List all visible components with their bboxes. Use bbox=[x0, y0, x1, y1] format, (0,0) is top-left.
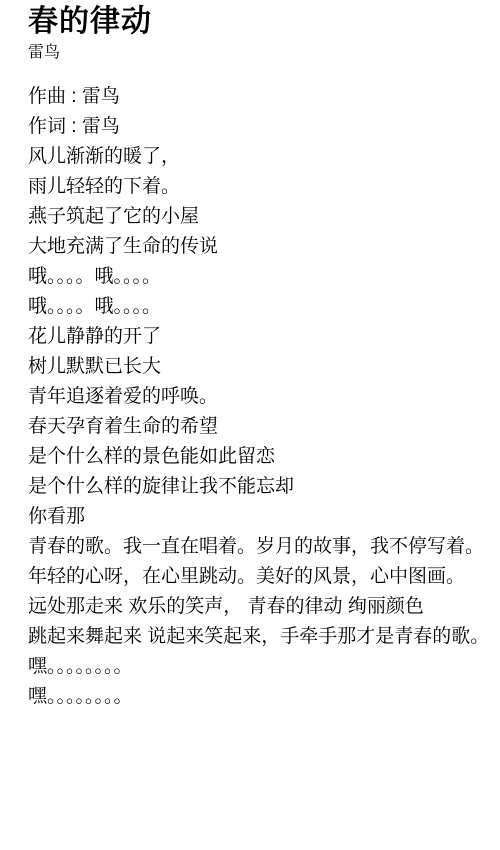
lyric-line: 风儿渐渐的暖了， bbox=[28, 142, 500, 172]
lyric-line: 雨儿轻轻的下着。 bbox=[28, 172, 500, 202]
artist-name: 雷鸟 bbox=[28, 42, 500, 64]
lyric-line: 哦。。。。哦。。。。 bbox=[28, 262, 500, 292]
lyric-line: 哦。。。。哦。。。。 bbox=[28, 292, 500, 322]
lyric-line: 嘿。。。。。。。。 bbox=[28, 682, 500, 712]
lyric-line: 远处那走来 欢乐的笑声， 青春的律动 绚丽颜色 bbox=[28, 592, 500, 622]
lyric-line: 花儿静静的开了 bbox=[28, 322, 500, 352]
lyric-line: 嘿。。。。。。。。 bbox=[28, 652, 500, 682]
lyric-line: 作曲 : 雷鸟 bbox=[28, 82, 500, 112]
lyrics-page: 春的律动 雷鸟 作曲 : 雷鸟作词 : 雷鸟风儿渐渐的暖了，雨儿轻轻的下着。燕子… bbox=[0, 0, 500, 712]
lyric-line: 大地充满了生命的传说 bbox=[28, 232, 500, 262]
lyric-line: 春天孕育着生命的希望 bbox=[28, 412, 500, 442]
song-title: 春的律动 bbox=[28, 4, 500, 40]
lyric-line: 是个什么样的景色能如此留恋 bbox=[28, 442, 500, 472]
lyric-line: 跳起来舞起来 说起来笑起来，手牵手那才是青春的歌。 bbox=[28, 622, 500, 652]
lyric-line: 树儿默默已长大 bbox=[28, 352, 500, 382]
lyric-line: 年轻的心呀，在心里跳动。美好的风景，心中图画。 bbox=[28, 562, 500, 592]
lyrics-block: 作曲 : 雷鸟作词 : 雷鸟风儿渐渐的暖了，雨儿轻轻的下着。燕子筑起了它的小屋大… bbox=[28, 82, 500, 712]
lyric-line: 是个什么样的旋律让我不能忘却 bbox=[28, 472, 500, 502]
lyric-line: 青年追逐着爱的呼唤。 bbox=[28, 382, 500, 412]
lyric-line: 青春的歌。我一直在唱着。岁月的故事，我不停写着。 bbox=[28, 532, 500, 562]
lyric-line: 燕子筑起了它的小屋 bbox=[28, 202, 500, 232]
lyric-line: 你看那 bbox=[28, 502, 500, 532]
lyric-line: 作词 : 雷鸟 bbox=[28, 112, 500, 142]
